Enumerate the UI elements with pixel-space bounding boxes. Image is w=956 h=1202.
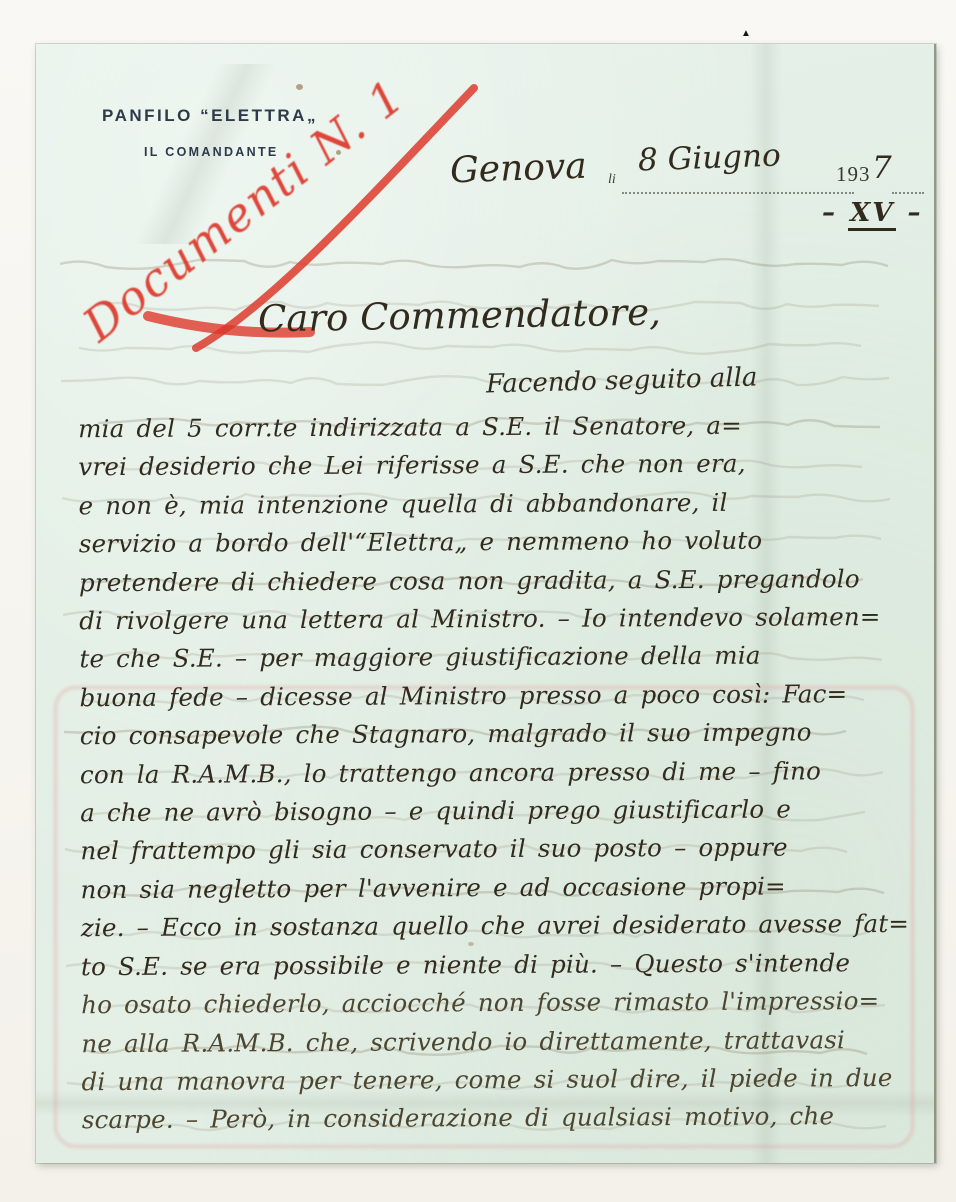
letterhead-title: PANFILO “ELETTRA„: [102, 106, 318, 126]
rust-spot: [336, 150, 341, 155]
letter-line: vrei desiderio che Lei riferisse a S.E. …: [78, 444, 920, 487]
scan-registration-arrow: ▲: [741, 29, 751, 39]
letter-line: non sia negletto per l'avvenire e ad occ…: [81, 867, 923, 910]
letter-line: di una manovra per tenere, come si suol …: [82, 1059, 924, 1102]
letter-line: a che ne avrò bisogno – e quindi prego g…: [80, 790, 922, 833]
letter-line: ne alla R.A.M.B. che, scrivendo io diret…: [81, 1020, 923, 1063]
letter-line: ho osato chiederlo, acciocché non fosse …: [81, 982, 923, 1025]
letter-line: pretendere di chiedere cosa non gradita,…: [79, 559, 921, 602]
letterhead-subtitle: IL COMANDANTE: [144, 145, 279, 159]
letter-line: te che S.E. – per maggiore giustificazio…: [79, 636, 921, 679]
letter-line: servizio a bordo dell'“Elettra„ e nemmen…: [79, 521, 921, 564]
letter-line: to S.E. se era possibile e niente di più…: [81, 943, 923, 986]
letter-line: scarpe. – Però, in considerazione di qua…: [82, 1097, 924, 1140]
letter-line: con la R.A.M.B., lo trattengo ancora pre…: [80, 751, 922, 794]
salutation: Caro Commendatore,: [258, 290, 662, 340]
dateline-li-label: li: [608, 172, 616, 188]
dateline-year-printed: 193: [836, 162, 871, 187]
dateline-city: Genova: [449, 146, 587, 192]
letter-line: cio consapevole che Stagnaro, malgrado i…: [80, 713, 922, 756]
letter-body: mia del 5 corr.te indirizzata a S.E. il …: [78, 406, 924, 1140]
letter-line: mia del 5 corr.te indirizzata a S.E. il …: [78, 406, 920, 449]
dateline: Genova li 8 Giugno 193 7 – XV –: [440, 140, 928, 230]
letter-page: PANFILO “ELETTRA„ IL COMANDANTE Document…: [36, 44, 936, 1163]
dateline-dotted-rule: [892, 174, 924, 194]
letter-line: di rivolgere una lettera al Ministro. – …: [79, 598, 921, 641]
rust-spot: [296, 84, 303, 90]
letter-line: buona fede – dicesse al Ministro presso …: [80, 675, 922, 718]
dateline-fascist-era: – XV –: [822, 198, 922, 228]
dateline-day-month: 8 Giugno: [637, 138, 781, 179]
letter-line: nel frattempo gli sia conservato il suo …: [80, 828, 922, 871]
dateline-year-handwritten: 7: [872, 150, 892, 186]
letter-line: e non è, mia intenzione quella di abband…: [78, 483, 920, 526]
letter-line: zie. – Ecco in sostanza quello che avrei…: [81, 905, 923, 948]
